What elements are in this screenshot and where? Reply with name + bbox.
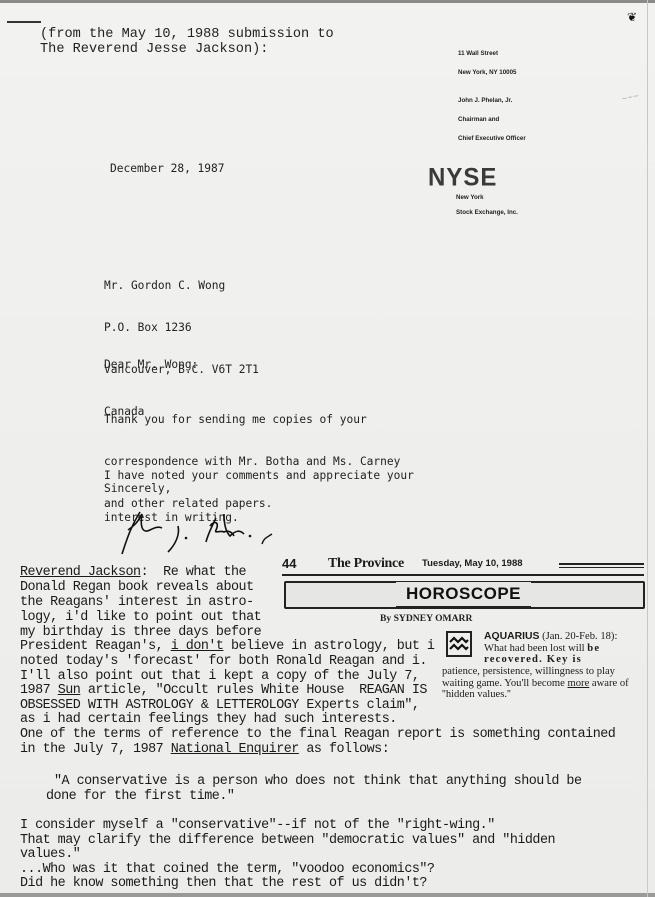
horoscope-text: patience, persistence, willingness to pl… — [442, 666, 638, 701]
note-text: : Re what the — [141, 565, 247, 580]
page-edge-bottom — [0, 893, 655, 897]
note-underlined-text: National Enquirer — [171, 742, 299, 757]
note-text: in the July 7, 1987 — [20, 742, 171, 757]
note-line: Did he know something then that the rest… — [20, 876, 427, 892]
quote-line: done for the first time." — [46, 789, 234, 805]
letterhead-title: Chairman and — [458, 110, 526, 129]
note-line: values." — [20, 847, 80, 863]
aquarius-icon — [446, 631, 472, 657]
section-title: HOROSCOPE — [396, 582, 531, 608]
letterhead-title: Chief Executive Officer — [458, 129, 526, 148]
page-edge-right — [647, 0, 648, 897]
letterhead-name: John J. Phelan, Jr. — [458, 91, 526, 110]
horoscope-text-part: What had been lost will — [484, 643, 585, 654]
horoscope-underlined-text: more — [568, 678, 590, 689]
rule-lines — [559, 563, 644, 570]
note-line: logy, i'd like to point out that — [20, 610, 261, 626]
note-text: article, "Occult rules White House REAGA… — [80, 683, 427, 698]
horoscope-banner: HOROSCOPE — [284, 581, 645, 609]
ink-blot-icon: ❦ — [627, 10, 637, 24]
note-line: Donald Regan book reveals about — [20, 580, 254, 596]
note-line: the Reagans' interest in astro- — [20, 595, 254, 611]
note-line: in the July 7, 1987 National Enquirer as… — [20, 742, 389, 758]
newspaper-date: Tuesday, May 10, 1988 — [422, 558, 523, 569]
letterhead: 11 Wall Street New York, NY 10005 John J… — [458, 44, 526, 148]
page-edge-top — [0, 0, 655, 3]
note-line: One of the terms of reference to the fin… — [20, 727, 615, 743]
org-name: Stock Exchange, Inc. — [456, 205, 518, 220]
horoscope-text: AQUARIUS (Jan. 20-Feb. 18): What had bee… — [484, 631, 636, 666]
note-line: Reverend Jackson: Re what the — [20, 565, 246, 581]
pen-mark — [7, 21, 41, 23]
paragraph-line: Thank you for sending me copies of your — [104, 413, 400, 427]
paragraph-line: I have noted your comments and appreciat… — [104, 469, 414, 483]
salutation: Dear Mr. Wong: — [104, 358, 198, 372]
rule-line — [282, 574, 644, 576]
letterhead-address: 11 Wall Street — [458, 44, 526, 63]
stamp-smudge-icon: ~~~ — [621, 89, 653, 109]
note-text: as follows: — [299, 742, 389, 757]
byline: By SYDNEY OMARR — [380, 613, 472, 624]
page-number: 44 — [282, 556, 296, 571]
addressee: Reverend Jackson — [20, 565, 141, 580]
header-note: (from the May 10, 1988 submission toThe … — [40, 27, 334, 57]
note-line: President Reagan's, i don't believe in a… — [20, 639, 434, 655]
address-line: P.O. Box 1236 — [104, 321, 259, 335]
address-line: Mr. Gordon C. Wong — [104, 279, 259, 293]
note-text: 1987 — [20, 683, 58, 698]
quote-line: "A conservative is a person who does not… — [54, 774, 582, 790]
note-text: President Reagan's, — [20, 639, 171, 654]
nyse-logo-block: NYSE New York Stock Exchange, Inc. — [428, 166, 518, 220]
note-line: as i had certain feelings they had such … — [20, 712, 397, 728]
signature-icon — [120, 508, 280, 556]
header-note-line: (from the May 10, 1988 submission to — [40, 27, 334, 42]
note-underlined-text: Sun — [58, 683, 81, 698]
closing: Sincerely, — [104, 482, 171, 496]
newspaper-name: The Province — [328, 556, 404, 572]
note-line: 1987 Sun article, "Occult rules White Ho… — [20, 683, 427, 699]
scanned-page: ❦ ~~~ (from the May 10, 1988 submission … — [0, 0, 655, 897]
note-underlined-text: i don't — [171, 639, 224, 654]
letter-date: December 28, 1987 — [110, 162, 225, 176]
note-line: noted today's 'forecast' for both Ronald… — [20, 654, 427, 670]
header-note-line: The Reverend Jesse Jackson): — [40, 42, 334, 57]
sign-name: AQUARIUS — [484, 631, 539, 642]
org-name: New York — [456, 190, 518, 205]
sign-dates: (Jan. 20-Feb. 18): — [542, 631, 617, 642]
note-text: believe in astrology, but i — [223, 639, 434, 654]
letterhead-address: New York, NY 10005 — [458, 63, 526, 82]
note-line: That may clarify the difference between … — [20, 833, 555, 849]
nyse-logo: NYSE — [428, 165, 518, 190]
note-line: I consider myself a "conservative"--if n… — [20, 818, 495, 834]
